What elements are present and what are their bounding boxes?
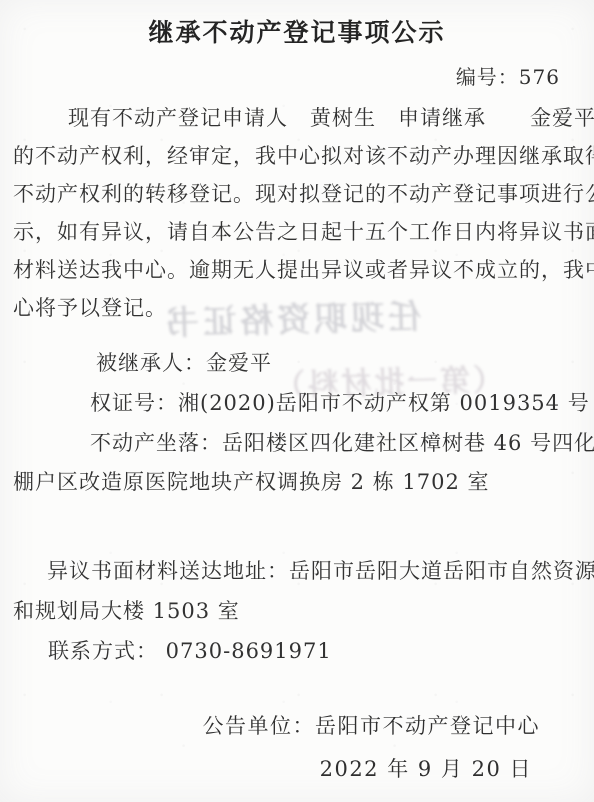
field-heir: 被继承人：金爱平 [0,343,594,383]
doc-number: 编号：576 [0,63,594,91]
objection-section: 异议书面材料送达地址：岳阳市岳阳大道岳阳市自然资源 和规划局大楼 1503 室 … [0,551,594,671]
scanned-notice-page: 任现职资格证书 （第一批材料） 继承不动产登记事项公示 编号：576 现有不动产… [0,0,594,802]
contact-phone: 联系方式： 0730-8691971 [0,631,594,671]
issuer-unit: 公告单位：岳阳市不动产登记中心 [0,713,594,739]
notice-title: 继承不动产登记事项公示 [0,0,594,49]
issue-date: 2022 年 9 月 20 日 [0,756,594,782]
notice-fields: 被继承人：金爱平 权证号：湘(2020)岳阳市不动产权第 0019354 号 不… [0,343,594,501]
objection-address-wrap: 和规划局大楼 1503 室 [0,591,594,631]
field-property-location-wrap: 棚户区改造原医院地块产权调换房 2 栋 1702 室 [0,463,594,501]
field-certificate-number: 权证号：湘(2020)岳阳市不动产权第 0019354 号 [0,383,594,423]
body-line: 不动产权利的转移登记。现对拟登记的不动产登记事项进行公 [0,175,594,213]
body-line: 现有不动产登记申请人 黄树生 申请继承 金爱平 [0,99,594,137]
body-line: 材料送达我中心。逾期无人提出异议或者异议不成立的，我中 [0,251,594,289]
body-line: 的不动产权利，经审定，我中心拟对该不动产办理因继承取得 [0,137,594,175]
body-line: 心将予以登记。 [0,289,594,327]
objection-address: 异议书面材料送达地址：岳阳市岳阳大道岳阳市自然资源 [0,551,594,591]
body-line: 示，如有异议，请自本公告之日起十五个工作日内将异议书面 [0,213,594,251]
notice-body-paragraph: 现有不动产登记申请人 黄树生 申请继承 金爱平 的不动产权利，经审定，我中心拟对… [0,99,594,327]
field-property-location: 不动产坐落：岳阳楼区四化建社区樟树巷 46 号四化建 [0,423,594,463]
